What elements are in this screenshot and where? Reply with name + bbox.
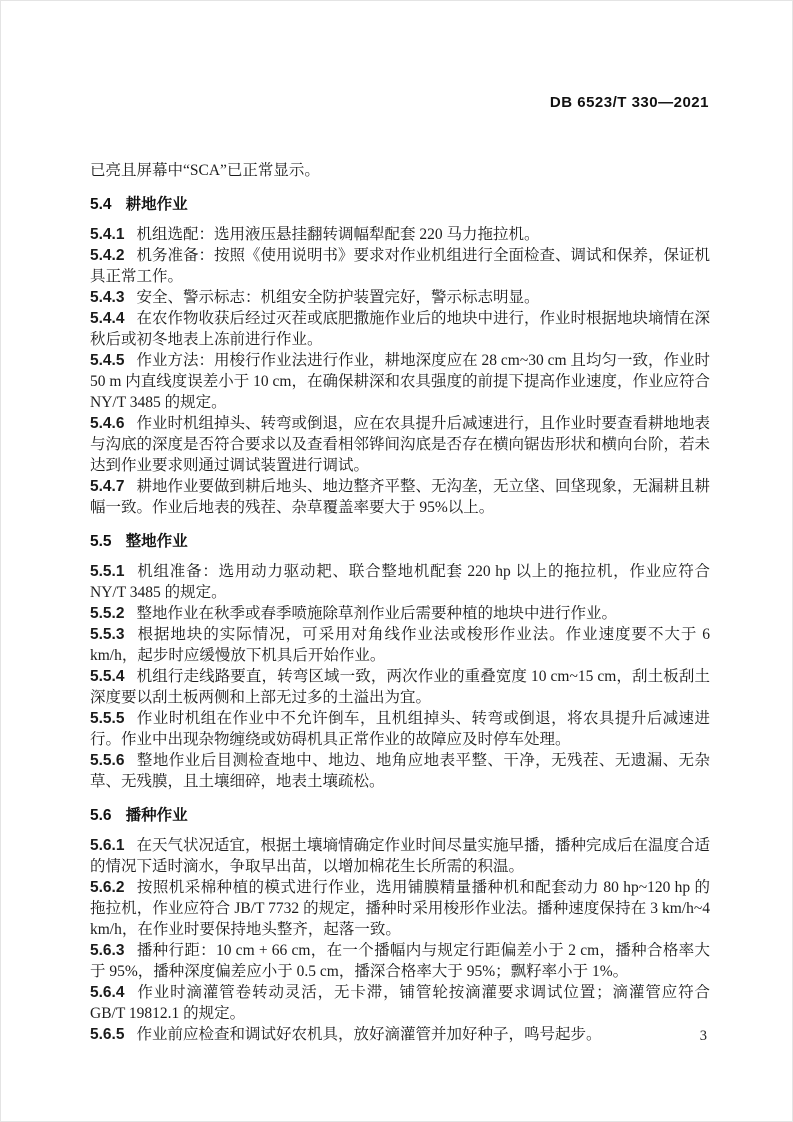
document-content: 已亮且屏幕中“SCA”已正常显示。 5.4耕地作业5.4.1机组选配：选用液压悬… — [90, 160, 710, 1045]
clause-5.5.4: 5.5.4机组行走线路要直，转弯区域一致，两次作业的重叠宽度 10 cm~15 … — [90, 666, 710, 708]
clause-number: 5.4.4 — [90, 310, 124, 327]
clause-text: 作业前应检查和调试好农机具，放好滴灌管并加好种子，鸣号起步。 — [136, 1026, 601, 1043]
clause-number: 5.5.1 — [90, 563, 124, 580]
clause-number: 5.4.3 — [90, 289, 124, 306]
clause-text: 按照机采棉种植的模式进行作业，选用铺膜精量播种机和配套动力 80 hp~120 … — [90, 879, 710, 938]
section-title: 播种作业 — [126, 807, 188, 824]
clause-text: 根据地块的实际情况，可采用对角线作业法或梭形作业法。作业速度要不大于 6 km/… — [90, 626, 710, 664]
clause-text: 作业时滴灌管卷转动灵活，无卡滞，铺管轮按滴灌要求调试位置；滴灌管应符合 GB/T… — [90, 984, 710, 1022]
clause-5.5.2: 5.5.2整地作业在秋季或春季喷施除草剂作业后需要种植的地块中进行作业。 — [90, 603, 710, 624]
clause-5.4.3: 5.4.3安全、警示标志：机组安全防护装置完好，警示标志明显。 — [90, 287, 710, 308]
clause-number: 5.5.6 — [90, 752, 124, 769]
standard-code-header: DB 6523/T 330—2021 — [550, 94, 709, 111]
clause-5.5.6: 5.5.6整地作业后目测检查地中、地边、地角应地表平整、干净，无残茬、无遗漏、无… — [90, 750, 710, 792]
clause-text: 耕地作业要做到耕后地头、地边整齐平整、无沟垄，无立垡、回垡现象，无漏耕且耕幅一致… — [90, 478, 710, 516]
clause-number: 5.6.4 — [90, 984, 124, 1001]
clause-5.6.4: 5.6.4作业时滴灌管卷转动灵活，无卡滞，铺管轮按滴灌要求调试位置；滴灌管应符合… — [90, 982, 710, 1024]
page-number: 3 — [700, 1028, 707, 1045]
clause-text: 整地作业在秋季或春季喷施除草剂作业后需要种植的地块中进行作业。 — [136, 605, 617, 622]
clause-5.4.1: 5.4.1机组选配：选用液压悬挂翻转调幅犁配套 220 马力拖拉机。 — [90, 224, 710, 245]
section-number: 5.4 — [90, 196, 112, 213]
clause-number: 5.5.3 — [90, 626, 124, 643]
clause-5.5.5: 5.5.5作业时机组在作业中不允许倒车，且机组掉头、转弯或倒退，将农具提升后减速… — [90, 708, 710, 750]
intro-paragraph: 已亮且屏幕中“SCA”已正常显示。 — [90, 160, 710, 181]
clause-5.4.7: 5.4.7耕地作业要做到耕后地头、地边整齐平整、无沟垄，无立垡、回垡现象，无漏耕… — [90, 476, 710, 518]
section-heading-5.4: 5.4耕地作业 — [90, 194, 710, 215]
section-heading-5.6: 5.6播种作业 — [90, 805, 710, 826]
clause-text: 作业时机组在作业中不允许倒车，且机组掉头、转弯或倒退，将农具提升后减速进行。作业… — [90, 710, 710, 748]
clause-number: 5.4.7 — [90, 478, 124, 495]
clause-5.4.4: 5.4.4在农作物收获后经过灭茬或底肥撒施作业后的地块中进行，作业时根据地块墒情… — [90, 308, 710, 350]
clause-5.6.1: 5.6.1在天气状况适宜，根据土壤墒情确定作业时间尽量实施早播，播种完成后在温度… — [90, 835, 710, 877]
clause-number: 5.6.1 — [90, 837, 124, 854]
clause-text: 在农作物收获后经过灭茬或底肥撒施作业后的地块中进行，作业时根据地块墒情在深秋后或… — [90, 310, 710, 348]
clause-text: 机组行走线路要直，转弯区域一致，两次作业的重叠宽度 10 cm~15 cm，刮土… — [90, 668, 710, 706]
clause-5.6.5: 5.6.5作业前应检查和调试好农机具，放好滴灌管并加好种子，鸣号起步。 — [90, 1024, 710, 1045]
section-title: 整地作业 — [126, 533, 188, 550]
clause-number: 5.5.4 — [90, 668, 124, 685]
clause-text: 播种行距：10 cm + 66 cm，在一个播幅内与规定行距偏差小于 2 cm，… — [90, 942, 710, 980]
clause-number: 5.6.5 — [90, 1026, 124, 1043]
document-page: DB 6523/T 330—2021 已亮且屏幕中“SCA”已正常显示。 5.4… — [0, 0, 793, 1122]
clause-number: 5.5.5 — [90, 710, 124, 727]
clause-number: 5.6.2 — [90, 879, 124, 896]
clause-text: 机组准备：选用动力驱动耙、联合整地机配套 220 hp 以上的拖拉机，作业应符合… — [90, 563, 710, 601]
clause-text: 在天气状况适宜，根据土壤墒情确定作业时间尽量实施早播，播种完成后在温度合适的情况… — [90, 837, 710, 875]
section-number: 5.5 — [90, 533, 112, 550]
section-title: 耕地作业 — [126, 196, 188, 213]
clause-number: 5.4.2 — [90, 247, 124, 264]
clause-text: 机组选配：选用液压悬挂翻转调幅犁配套 220 马力拖拉机。 — [136, 226, 539, 243]
section-number: 5.6 — [90, 807, 112, 824]
clause-5.4.6: 5.4.6作业时机组掉头、转弯或倒退，应在农具提升后减速进行，且作业时要查看耕地… — [90, 413, 710, 476]
clause-number: 5.4.5 — [90, 352, 124, 369]
clause-5.5.3: 5.5.3根据地块的实际情况，可采用对角线作业法或梭形作业法。作业速度要不大于 … — [90, 624, 710, 666]
clause-text: 机务准备：按照《使用说明书》要求对作业机组进行全面检查、调试和保养，保证机具正常… — [90, 247, 710, 285]
clause-number: 5.6.3 — [90, 942, 124, 959]
clause-5.6.2: 5.6.2按照机采棉种植的模式进行作业，选用铺膜精量播种机和配套动力 80 hp… — [90, 877, 710, 940]
clause-5.6.3: 5.6.3播种行距：10 cm + 66 cm，在一个播幅内与规定行距偏差小于 … — [90, 940, 710, 982]
section-heading-5.5: 5.5整地作业 — [90, 531, 710, 552]
clause-5.4.5: 5.4.5作业方法：用梭行作业法进行作业，耕地深度应在 28 cm~30 cm … — [90, 350, 710, 413]
clause-5.5.1: 5.5.1机组准备：选用动力驱动耙、联合整地机配套 220 hp 以上的拖拉机，… — [90, 561, 710, 603]
clause-text: 作业方法：用梭行作业法进行作业，耕地深度应在 28 cm~30 cm 且均匀一致… — [90, 352, 710, 411]
clause-text: 安全、警示标志：机组安全防护装置完好，警示标志明显。 — [136, 289, 539, 306]
clause-number: 5.4.1 — [90, 226, 124, 243]
clause-text: 整地作业后目测检查地中、地边、地角应地表平整、干净，无残茬、无遗漏、无杂草、无残… — [90, 752, 710, 790]
clause-5.4.2: 5.4.2机务准备：按照《使用说明书》要求对作业机组进行全面检查、调试和保养，保… — [90, 245, 710, 287]
clause-number: 5.5.2 — [90, 605, 124, 622]
clause-number: 5.4.6 — [90, 415, 124, 432]
clause-text: 作业时机组掉头、转弯或倒退，应在农具提升后减速进行，且作业时要查看耕地地表与沟底… — [90, 415, 710, 474]
sections-container: 5.4耕地作业5.4.1机组选配：选用液压悬挂翻转调幅犁配套 220 马力拖拉机… — [90, 194, 710, 1045]
